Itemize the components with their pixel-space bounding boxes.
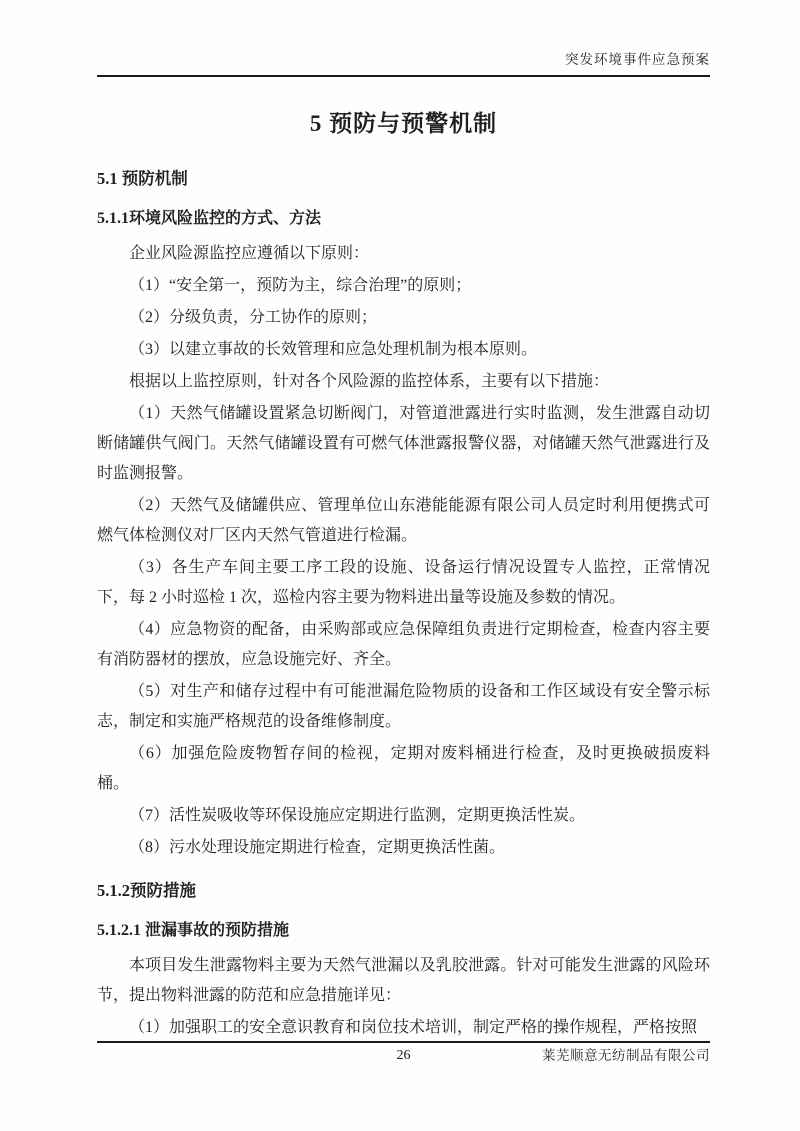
section-heading: 5.1.2预防措施 xyxy=(97,879,710,903)
paragraph: 企业风险源监控应遵循以下原则： xyxy=(97,239,710,269)
page-header: 突发环境事件应急预案 xyxy=(97,0,710,77)
section-heading: 5.1.2.1 泄漏事故的预防措施 xyxy=(97,919,710,943)
header-doc-title: 突发环境事件应急预案 xyxy=(97,50,710,75)
paragraph: （1）加强职工的安全意识教育和岗位技术培训，制定严格的操作规程，严格按照 xyxy=(97,1013,710,1043)
document-page: 突发环境事件应急预案 5 预防与预警机制 5.1 预防机制5.1.1环境风险监控… xyxy=(0,0,800,1131)
paragraph: （5）对生产和储存过程中有可能泄漏危险物质的设备和工作区域设有安全警示标志，制定… xyxy=(97,677,710,737)
paragraph: 根据以上监控原则，针对各个风险源的监控体系，主要有以下措施： xyxy=(97,367,710,397)
paragraph: （4）应急物资的配备，由采购部或应急保障组负责进行定期检查，检查内容主要有消防器… xyxy=(97,615,710,675)
page-number: 26 xyxy=(397,1046,411,1066)
paragraph: （7）活性炭吸收等环保设施应定期进行监测，定期更换活性炭。 xyxy=(97,801,710,831)
page-title: 5 预防与预警机制 xyxy=(97,107,710,141)
paragraph: （3）以建立事故的长效管理和应急处理机制为根本原则。 xyxy=(97,335,710,365)
paragraph: （8）污水处理设施定期进行检查，定期更换活性菌。 xyxy=(97,833,710,863)
section-heading: 5.1 预防机制 xyxy=(97,167,710,191)
paragraph: （1）“安全第一，预防为主，综合治理”的原则； xyxy=(97,271,710,301)
document-body: 5.1 预防机制5.1.1环境风险监控的方式、方法企业风险源监控应遵循以下原则：… xyxy=(97,167,710,1043)
paragraph: （1）天然气储罐设置紧急切断阀门，对管道泄露进行实时监测，发生泄露自动切断储罐供… xyxy=(97,399,710,489)
paragraph: （6）加强危险废物暂存间的检视，定期对废料桶进行检查，及时更换破损废料桶。 xyxy=(97,739,710,799)
paragraph: （2）天然气及储罐供应、管理单位山东港能能源有限公司人员定时利用便携式可燃气体检… xyxy=(97,491,710,551)
section-heading: 5.1.1环境风险监控的方式、方法 xyxy=(97,207,710,231)
paragraph: 本项目发生泄露物料主要为天然气泄漏以及乳胶泄露。针对可能发生泄露的风险环节，提出… xyxy=(97,951,710,1011)
page-footer: 26 莱芜顺意无纺制品有限公司 xyxy=(97,1041,710,1070)
footer-company-name: 莱芜顺意无纺制品有限公司 xyxy=(542,1046,710,1066)
paragraph: （3）各生产车间主要工序工段的设施、设备运行情况设置专人监控，正常情况下，每 2… xyxy=(97,553,710,613)
paragraph: （2）分级负责，分工协作的原则； xyxy=(97,303,710,333)
